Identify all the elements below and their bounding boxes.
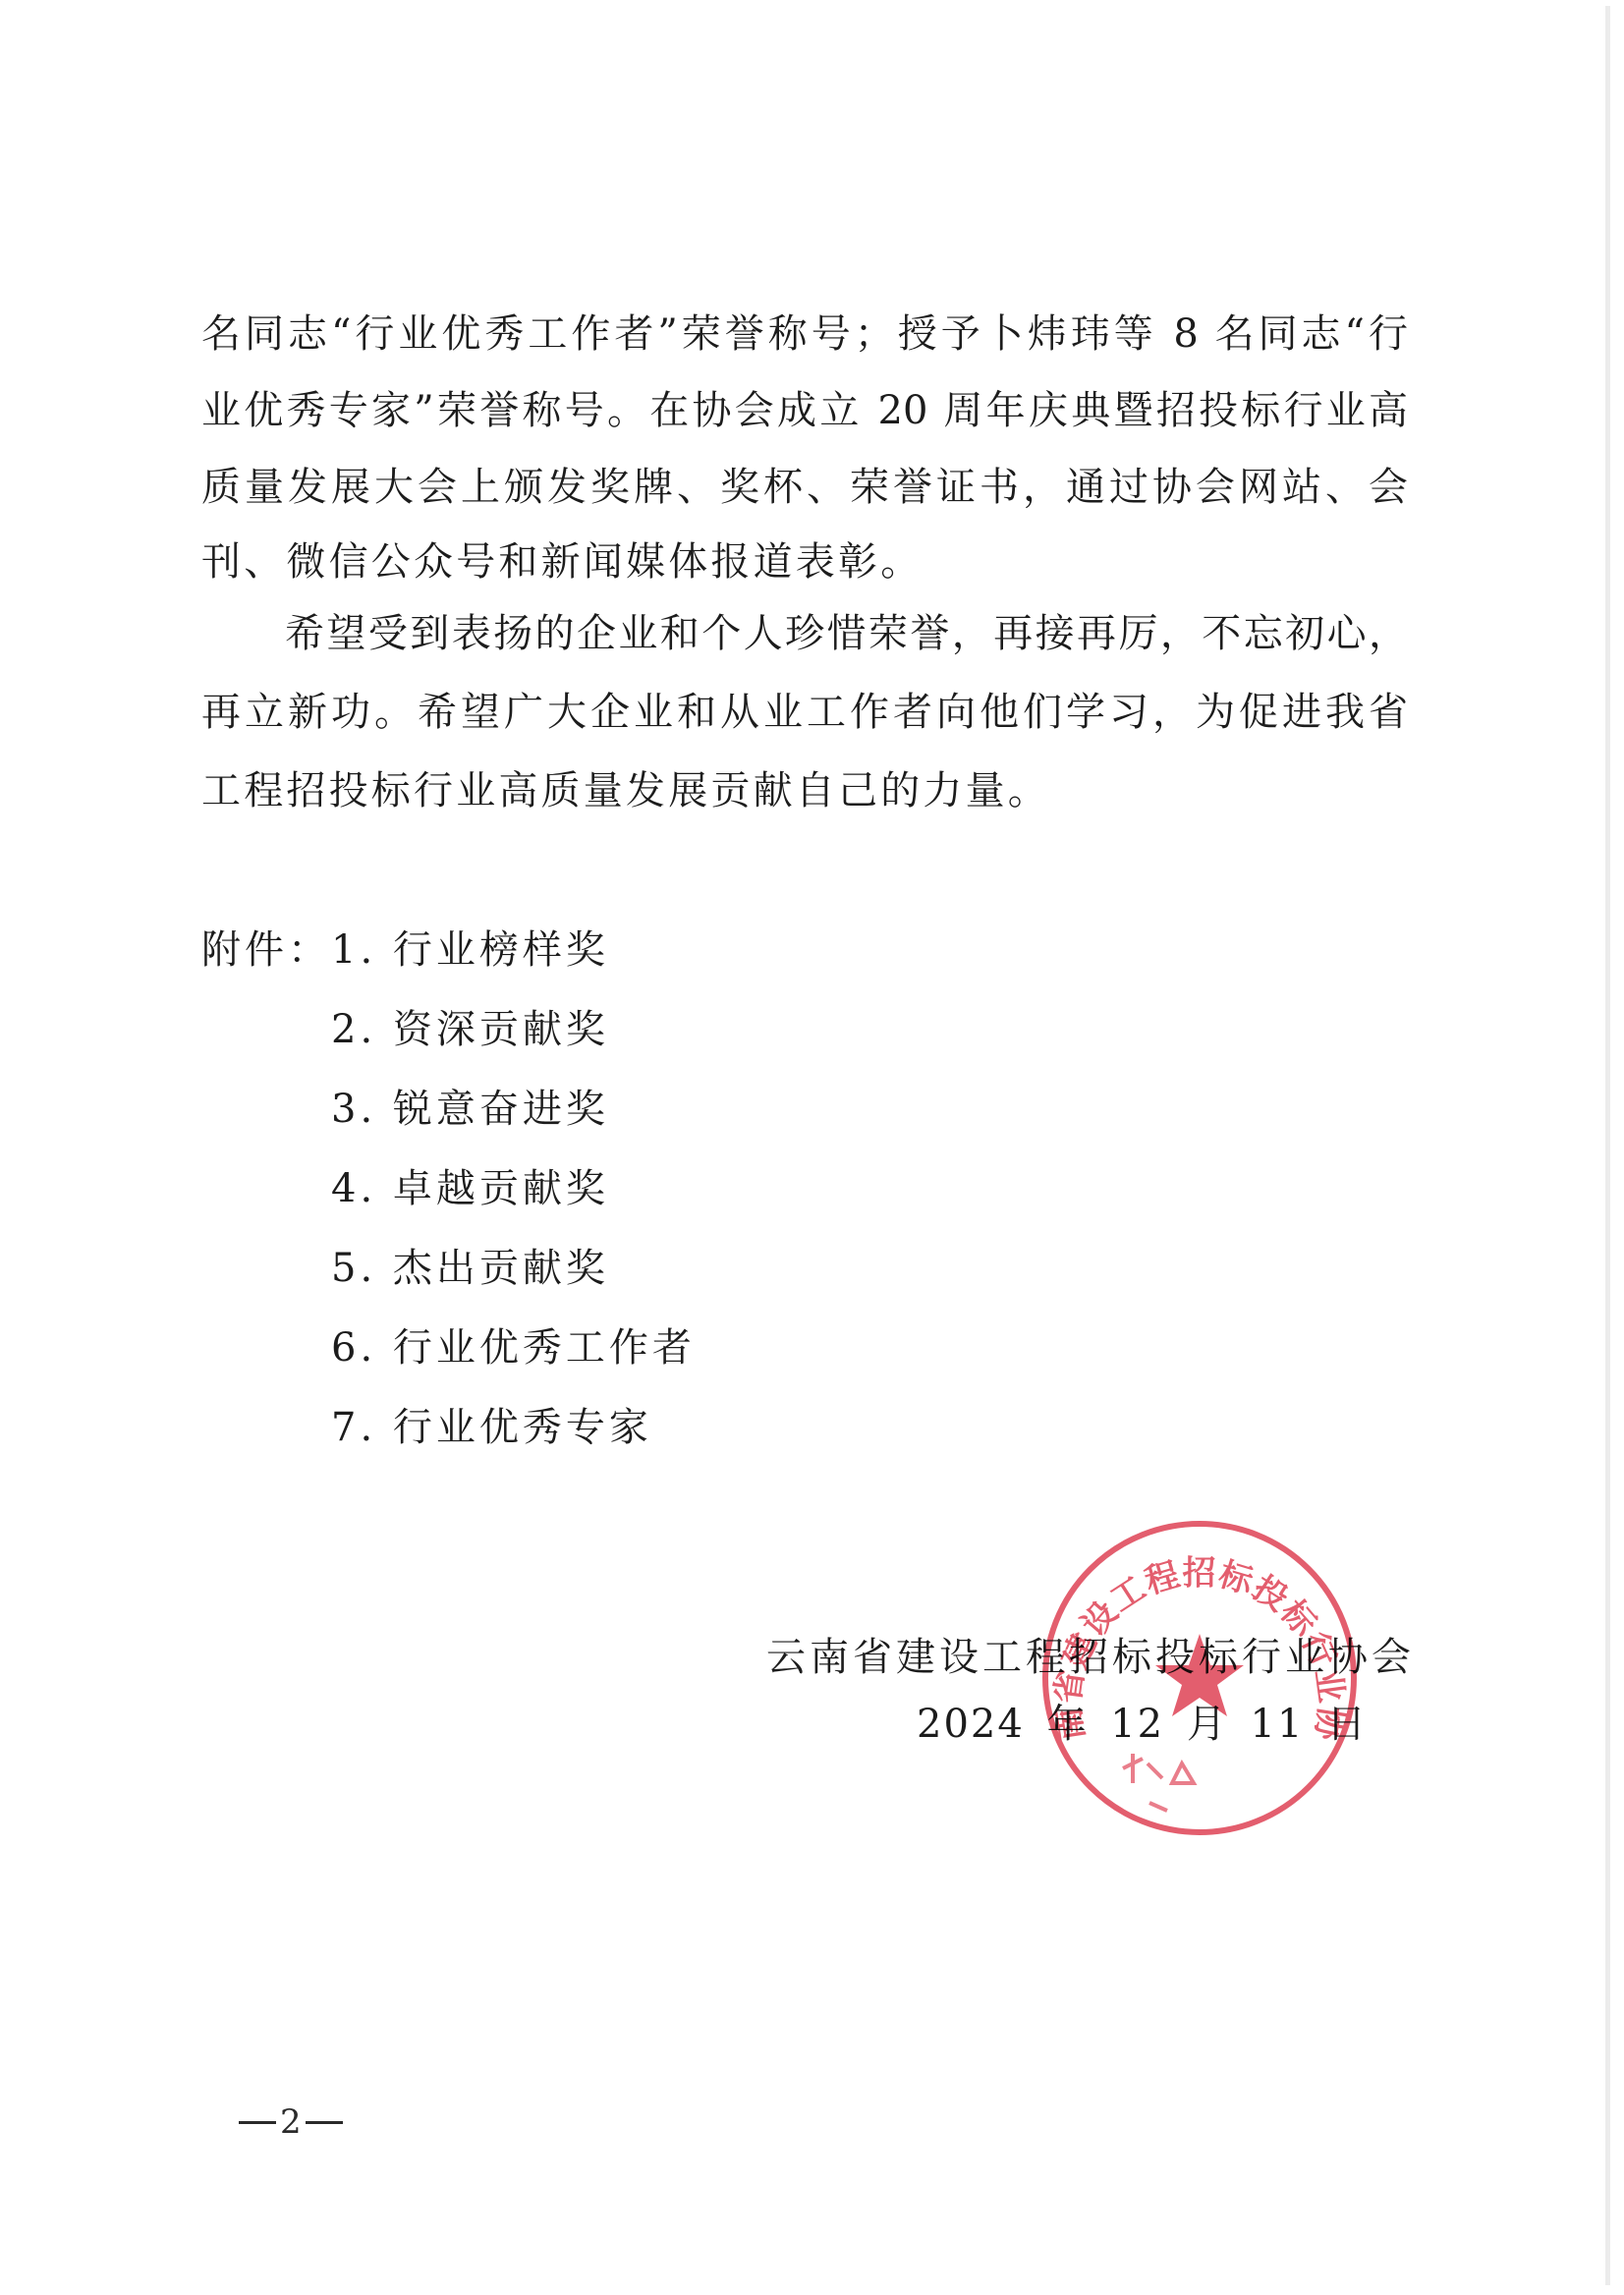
body-line: 业优秀专家”荣誉称号。在协会成立 20 周年庆典暨招投标行业高 bbox=[201, 387, 1408, 434]
body-line: 工程招投标行业高质量发展贡献自己的力量。 bbox=[201, 767, 1050, 814]
attachment-item: 2. 资深贡献奖 bbox=[331, 1006, 609, 1053]
page-number-dash-left bbox=[239, 2121, 276, 2124]
body-line: 刊、微信公众号和新闻媒体报道表彰。 bbox=[201, 538, 923, 586]
scan-edge-line bbox=[1605, 6, 1610, 2285]
seal-arc-text: 云南省建设工程招标投标行业协会 bbox=[1039, 1518, 1351, 1745]
page-number-value: 2 bbox=[276, 2100, 306, 2144]
attachment-item: 1. 行业榜样奖 bbox=[331, 926, 609, 974]
body-line: 名同志“行业优秀工作者”荣誉称号；授予卜炜玮等 8 名同志“行 bbox=[201, 310, 1408, 358]
body-line: 再立新功。希望广大企业和从业工作者向他们学习，为促进我省 bbox=[201, 689, 1408, 736]
attachment-item: 5. 杰出贡献奖 bbox=[331, 1245, 609, 1292]
page-number: 2 bbox=[239, 2100, 343, 2144]
attachment-item: 7. 行业优秀专家 bbox=[331, 1404, 652, 1451]
official-seal-icon: 云南省建设工程招标投标行业协会 bbox=[1039, 1518, 1360, 1838]
attachments-label: 附件： bbox=[201, 926, 331, 974]
attachment-item: 4. 卓越贡献奖 bbox=[331, 1165, 609, 1212]
body-line: 质量发展大会上颁发奖牌、奖杯、荣誉证书，通过协会网站、会 bbox=[201, 464, 1408, 511]
body-line: 希望受到表扬的企业和个人珍惜荣誉，再接再厉，不忘初心， bbox=[285, 610, 1408, 657]
attachment-item: 3. 锐意奋进奖 bbox=[331, 1086, 609, 1133]
document-page: 名同志“行业优秀工作者”荣誉称号；授予卜炜玮等 8 名同志“行 业优秀专家”荣誉… bbox=[0, 0, 1624, 2295]
svg-text:云南省建设工程招标投标行业协会: 云南省建设工程招标投标行业协会 bbox=[1039, 1518, 1351, 1745]
page-number-dash-right bbox=[306, 2121, 343, 2124]
attachment-item: 6. 行业优秀工作者 bbox=[331, 1324, 696, 1371]
